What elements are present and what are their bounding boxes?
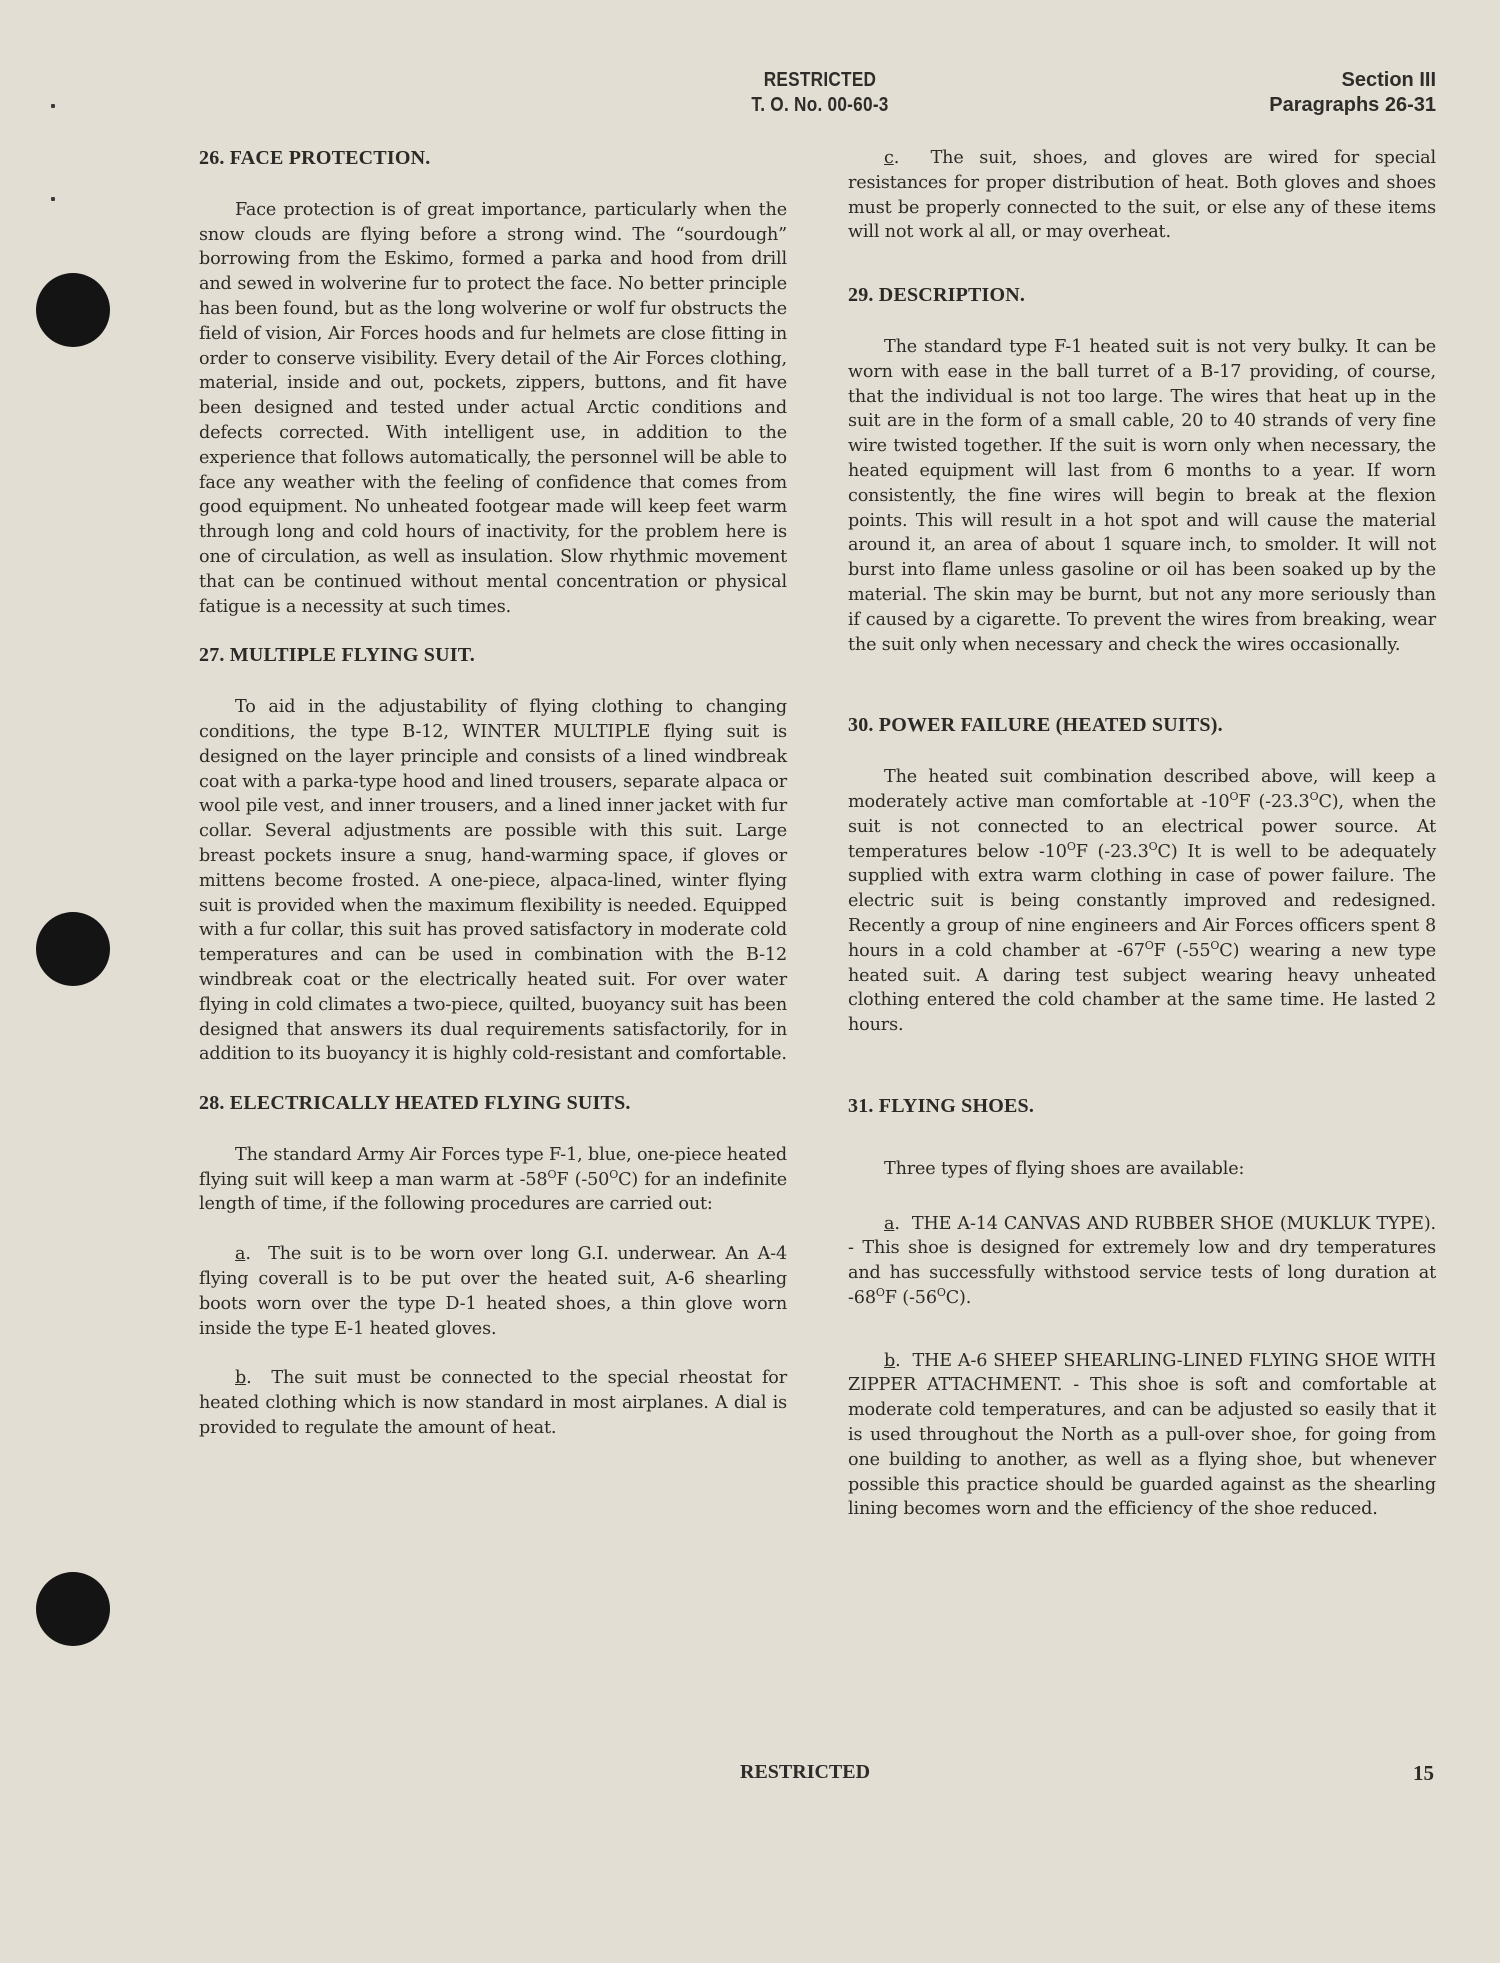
flying-shoe-item-a: a. THE A-14 CANVAS AND RUBBER SHOE (MUKL… (848, 1212, 1436, 1311)
power-failure-paragraph: The heated suit combination described ab… (848, 765, 1436, 1038)
degree-mark: O (937, 1286, 946, 1299)
item-text: The suit is to be worn over long G.I. un… (199, 1244, 787, 1338)
heated-suit-item-b: b. The suit must be connected to the spe… (199, 1366, 787, 1440)
footer-classification: RESTRICTED (740, 1761, 870, 1784)
page-header-center: RESTRICTED T. O. No. 00-60-3 (717, 68, 923, 118)
section-heading-26: 26. FACE PROTECTION. (199, 146, 787, 171)
binder-hole (36, 912, 110, 986)
flying-shoe-item-b: b. THE A-6 SHEEP SHEARLING-LINED FLYING … (848, 1349, 1436, 1523)
speck (51, 104, 55, 108)
page-header-right: Section III Paragraphs 26-31 (1269, 68, 1436, 118)
binder-hole (36, 1572, 110, 1646)
page-number: 15 (1413, 1761, 1434, 1786)
face-protection-paragraph: Face protection is of great importance, … (199, 198, 787, 620)
item-letter: a (235, 1244, 245, 1264)
section-heading-28: 28. ELECTRICALLY HEATED FLYING SUITS. (199, 1091, 787, 1116)
section-heading-29: 29. DESCRIPTION. (848, 283, 1436, 308)
heated-suits-intro: The standard Army Air Forces type F-1, b… (199, 1143, 787, 1217)
section-heading-27: 27. MULTIPLE FLYING SUIT. (199, 643, 787, 668)
heated-suit-item-a: a. The suit is to be worn over long G.I.… (199, 1242, 787, 1341)
left-column: 26. FACE PROTECTION. Face protection is … (199, 146, 787, 1441)
degree-mark: O (609, 1168, 618, 1181)
item-letter: b (884, 1351, 895, 1371)
item-letter: b (235, 1368, 246, 1388)
header-to-number: T. O. No. 00-60-3 (717, 93, 923, 118)
heated-suit-item-c: c. The suit, shoes, and gloves are wired… (848, 146, 1436, 245)
item-text: THE A-6 SHEEP SHEARLING-LINED FLYING SHO… (848, 1351, 1436, 1520)
body-text: F (-55 (1154, 941, 1211, 961)
header-section: Section III (1269, 68, 1436, 93)
section-heading-30: 30. POWER FAILURE (HEATED SUITS). (848, 713, 1436, 738)
degree-mark: O (1149, 840, 1158, 853)
binder-hole (36, 273, 110, 347)
header-paragraphs: Paragraphs 26-31 (1269, 93, 1436, 118)
item-text: The suit must be connected to the specia… (199, 1368, 787, 1438)
flying-shoes-intro: Three types of flying shoes are availabl… (848, 1157, 1436, 1182)
multiple-flying-suit-paragraph: To aid in the adjustability of flying cl… (199, 695, 787, 1067)
degree-mark: O (1145, 939, 1154, 952)
item-text: C). (946, 1288, 971, 1308)
item-text: The suit, shoes, and gloves are wired fo… (848, 148, 1436, 242)
degree-mark: O (1067, 840, 1076, 853)
body-text: F (-23.3 (1076, 842, 1149, 862)
item-letter: a (884, 1214, 894, 1234)
description-paragraph: The standard type F-1 heated suit is not… (848, 335, 1436, 657)
item-text: F (-56 (885, 1288, 937, 1308)
item-letter: c (884, 148, 894, 168)
degree-mark: O (1229, 790, 1238, 803)
intro-text: F (-50 (556, 1170, 609, 1190)
body-text: F (-23.3 (1238, 792, 1309, 812)
degree-mark: O (1210, 939, 1219, 952)
header-classification: RESTRICTED (717, 68, 923, 93)
right-column: c. The suit, shoes, and gloves are wired… (848, 146, 1436, 1522)
section-heading-31: 31. FLYING SHOES. (848, 1094, 1436, 1119)
speck (51, 197, 55, 201)
degree-mark: O (876, 1286, 885, 1299)
